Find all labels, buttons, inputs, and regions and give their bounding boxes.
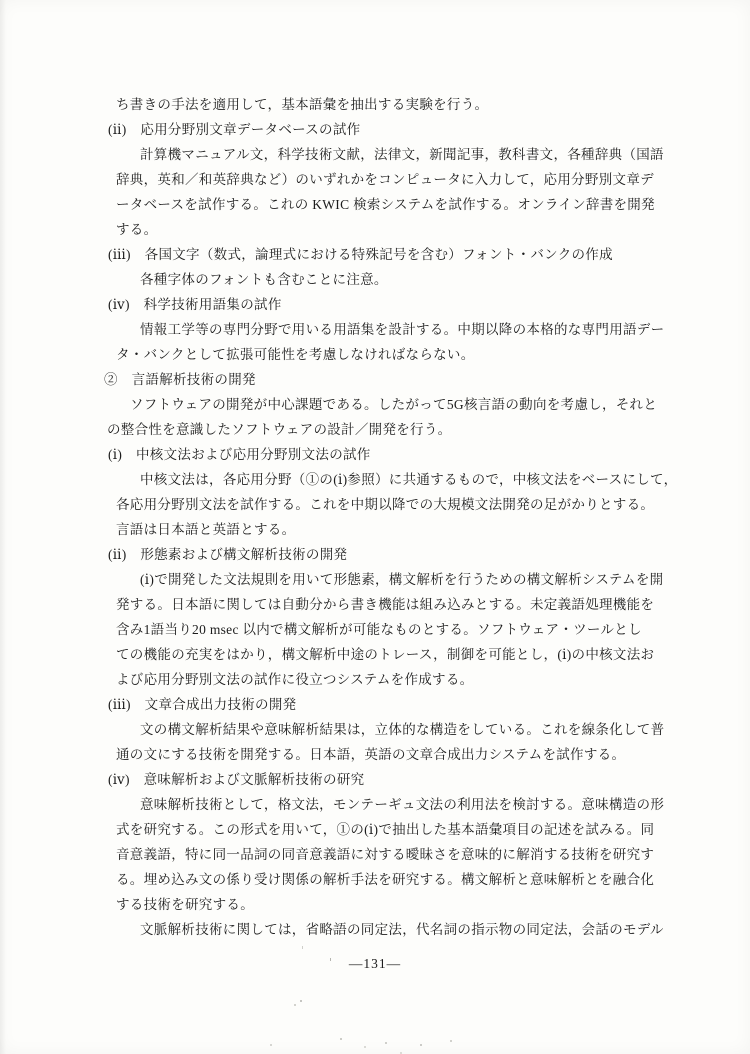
text-line: タ・バンクとして拡張可能性を考慮しなければならない。	[0, 342, 750, 367]
text-line: 各応用分野別文法を試作する。これを中期以降での大規模文法開発の足がかりとする。	[0, 492, 750, 517]
text-line: する技術を研究する。	[0, 892, 750, 917]
text-line: 音意義語，特に同一品詞の同音意義語に対する曖昧さを意味的に解消する技術を研究す	[0, 842, 750, 867]
text-line: (ⅳ) 意味解析および文脈解析技術の研究	[0, 767, 750, 792]
text-line: 言語は日本語と英語とする。	[0, 517, 750, 542]
page-number: —131—	[0, 956, 750, 972]
text-line: ② 言語解析技術の開発	[0, 367, 750, 392]
text-line: 各種字体のフォントも含むことに注意。	[0, 267, 750, 292]
text-line: ータベースを試作する。これの KWIC 検索システムを試作する。オンライン辞書を…	[0, 192, 750, 217]
text-line: 辞典，英和／和英辞典など）のいずれかをコンピュータに入力して，応用分野別文章デ	[0, 167, 750, 192]
text-line: ソフトウェアの開発が中心課題である。したがって5G核言語の動向を考慮し，それと	[0, 392, 750, 417]
text-line: 含み1語当り20 msec 以内で構文解析が可能なものとする。ソフトウェア・ツー…	[0, 617, 750, 642]
scanned-document-page: ち書きの手法を適用して，基本語彙を抽出する実験を行う。(ⅱ) 応用分野別文章デー…	[0, 0, 750, 1054]
text-line: ち書きの手法を適用して，基本語彙を抽出する実験を行う。	[0, 92, 750, 117]
text-line: 文の構文解析結果や意味解析結果は，立体的な構造をしている。これを線条化して普	[0, 717, 750, 742]
text-lines: ち書きの手法を適用して，基本語彙を抽出する実験を行う。(ⅱ) 応用分野別文章デー…	[0, 92, 750, 942]
text-line: る。埋め込み文の係り受け関係の解析手法を研究する。構文解析と意味解析とを融合化	[0, 867, 750, 892]
text-line: 意味解析技術として，格文法，モンテーギュ文法の利用法を検討する。意味構造の形	[0, 792, 750, 817]
text-line: (ⅲ) 文章合成出力技術の開発	[0, 692, 750, 717]
text-line: ての機能の充実をはかり，構文解析中途のトレース，制御を可能とし，(ⅰ)の中核文法…	[0, 642, 750, 667]
text-line: する。	[0, 217, 750, 242]
text-line: 式を研究する。この形式を用いて，①の(ⅰ)で抽出した基本語彙項目の記述を試みる。…	[0, 817, 750, 842]
text-line: 情報工学等の専門分野で用いる用語集を設計する。中期以降の本格的な専門用語デー	[0, 317, 750, 342]
scan-noise	[300, 1000, 302, 1002]
text-line: (ⅱ) 形態素および構文解析技術の開発	[0, 542, 750, 567]
text-line: (ⅰ)で開発した文法規則を用いて形態素，構文解析を行うための構文解析システムを開	[0, 567, 750, 592]
text-line: の整合性を意識したソフトウェアの設計／開発を行う。	[0, 417, 750, 442]
text-line: 計算機マニュアル文，科学技術文献，法律文，新聞記事，教科書文，各種辞典（国語	[0, 142, 750, 167]
text-line: (ⅲ) 各国文字（数式，論理式における特殊記号を含む）フォント・バンクの作成	[0, 242, 750, 267]
text-line: 通の文にする技術を開発する。日本語，英語の文章合成出力システムを試作する。	[0, 742, 750, 767]
text-line: 発する。日本語に関しては自動分から書き機能は組み込みとする。未定義語処理機能を	[0, 592, 750, 617]
text-line: (ⅱ) 応用分野別文章データベースの試作	[0, 117, 750, 142]
text-line: 文脈解析技術に関しては，省略語の同定法，代名詞の指示物の同定法，会話のモデル	[0, 917, 750, 942]
text-line: (ⅰ) 中核文法および応用分野別文法の試作	[0, 442, 750, 467]
text-line: (ⅳ) 科学技術用語集の試作	[0, 292, 750, 317]
scan-noise	[330, 958, 331, 961]
text-line: 中核文法は，各応用分野（①の(ⅰ)参照）に共通するもので，中核文法をベースにして…	[0, 467, 750, 492]
text-line: よび応用分野別文法の試作に役立つシステムを作成する。	[0, 667, 750, 692]
